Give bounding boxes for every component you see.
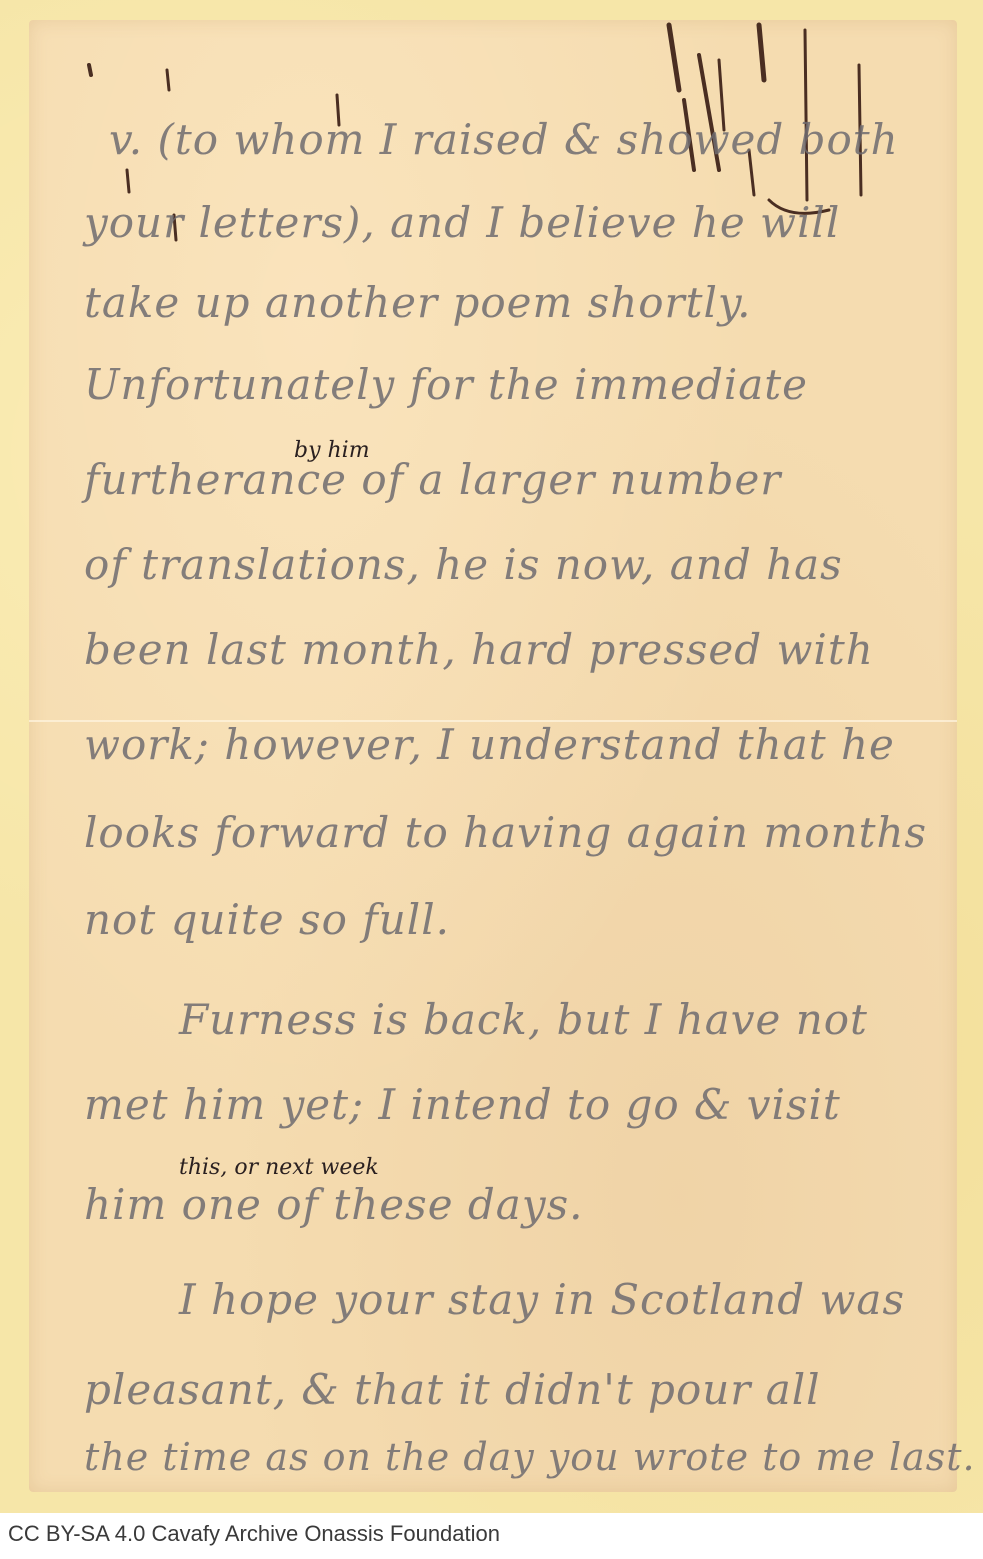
ink-stain-marks	[29, 20, 957, 320]
license-caption: CC BY-SA 4.0 Cavafy Archive Onassis Foun…	[8, 1521, 500, 1547]
handwritten-line: Unfortunately for the immediate	[84, 360, 808, 409]
handwritten-line: him one of these days.	[84, 1180, 583, 1229]
handwritten-line: work; however, I understand that he	[84, 720, 895, 769]
handwritten-line: been last month, hard pressed with	[84, 625, 874, 674]
handwritten-line: pleasant, & that it didn't pour all	[84, 1365, 821, 1414]
handwritten-line: the time as on the day you wrote to me l…	[84, 1435, 976, 1479]
handwritten-line: not quite so full.	[84, 895, 450, 944]
handwritten-line: I hope your stay in Scotland was	[179, 1275, 905, 1324]
handwritten-line: furtherance of a larger number	[84, 455, 781, 504]
handwritten-line: of translations, he is now, and has	[84, 540, 843, 589]
handwritten-line: take up another poem shortly.	[84, 278, 751, 327]
letter-page: v. (to whom I raised & showed both your …	[29, 20, 957, 1492]
handwritten-line: looks forward to having again months	[84, 808, 927, 857]
handwritten-line: your letters), and I believe he will	[84, 198, 840, 247]
handwritten-line: Furness is back, but I have not	[179, 995, 868, 1044]
ink-insertion: this, or next week	[179, 1155, 379, 1180]
handwritten-line: met him yet; I intend to go & visit	[84, 1080, 841, 1129]
handwritten-line: v. (to whom I raised & showed both	[109, 115, 899, 164]
